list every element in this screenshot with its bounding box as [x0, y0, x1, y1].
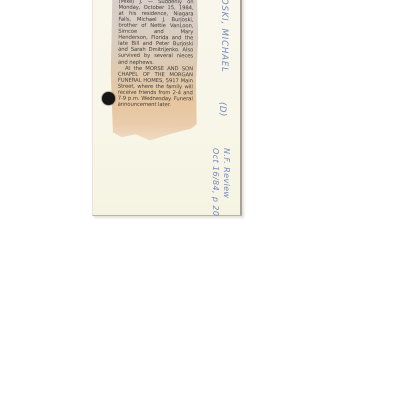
source-date-page: Oct 16/84, p 20: [210, 148, 221, 216]
newspaper-clipping: BURJOSKI, Michael (Mike) J. — Suddenly o…: [109, 0, 198, 142]
handwritten-name-annotation: BURJOSKI, MICHAEL: [219, 0, 229, 73]
handwritten-source-annotation: N.F. Review Oct 16/84, p 20: [210, 148, 232, 216]
source-publication: N.F. Review: [221, 148, 232, 216]
index-card: BURJOSKI, Michael (Mike) J. — Suddenly o…: [92, 0, 242, 216]
document-scan: BURJOSKI, Michael (Mike) J. — Suddenly o…: [0, 0, 400, 400]
obituary-text-block: BURJOSKI, Michael (Mike) J. — Suddenly o…: [110, 0, 199, 108]
hole-punch-dot: [102, 92, 115, 105]
obituary-paragraph-1: (Mike) J. — Suddenly on Monday, October …: [118, 0, 194, 66]
obituary-paragraph-2: At the MORSE AND SON CHAPEL OF THE MORGA…: [118, 65, 193, 108]
handwritten-status-annotation: (D): [217, 102, 227, 117]
